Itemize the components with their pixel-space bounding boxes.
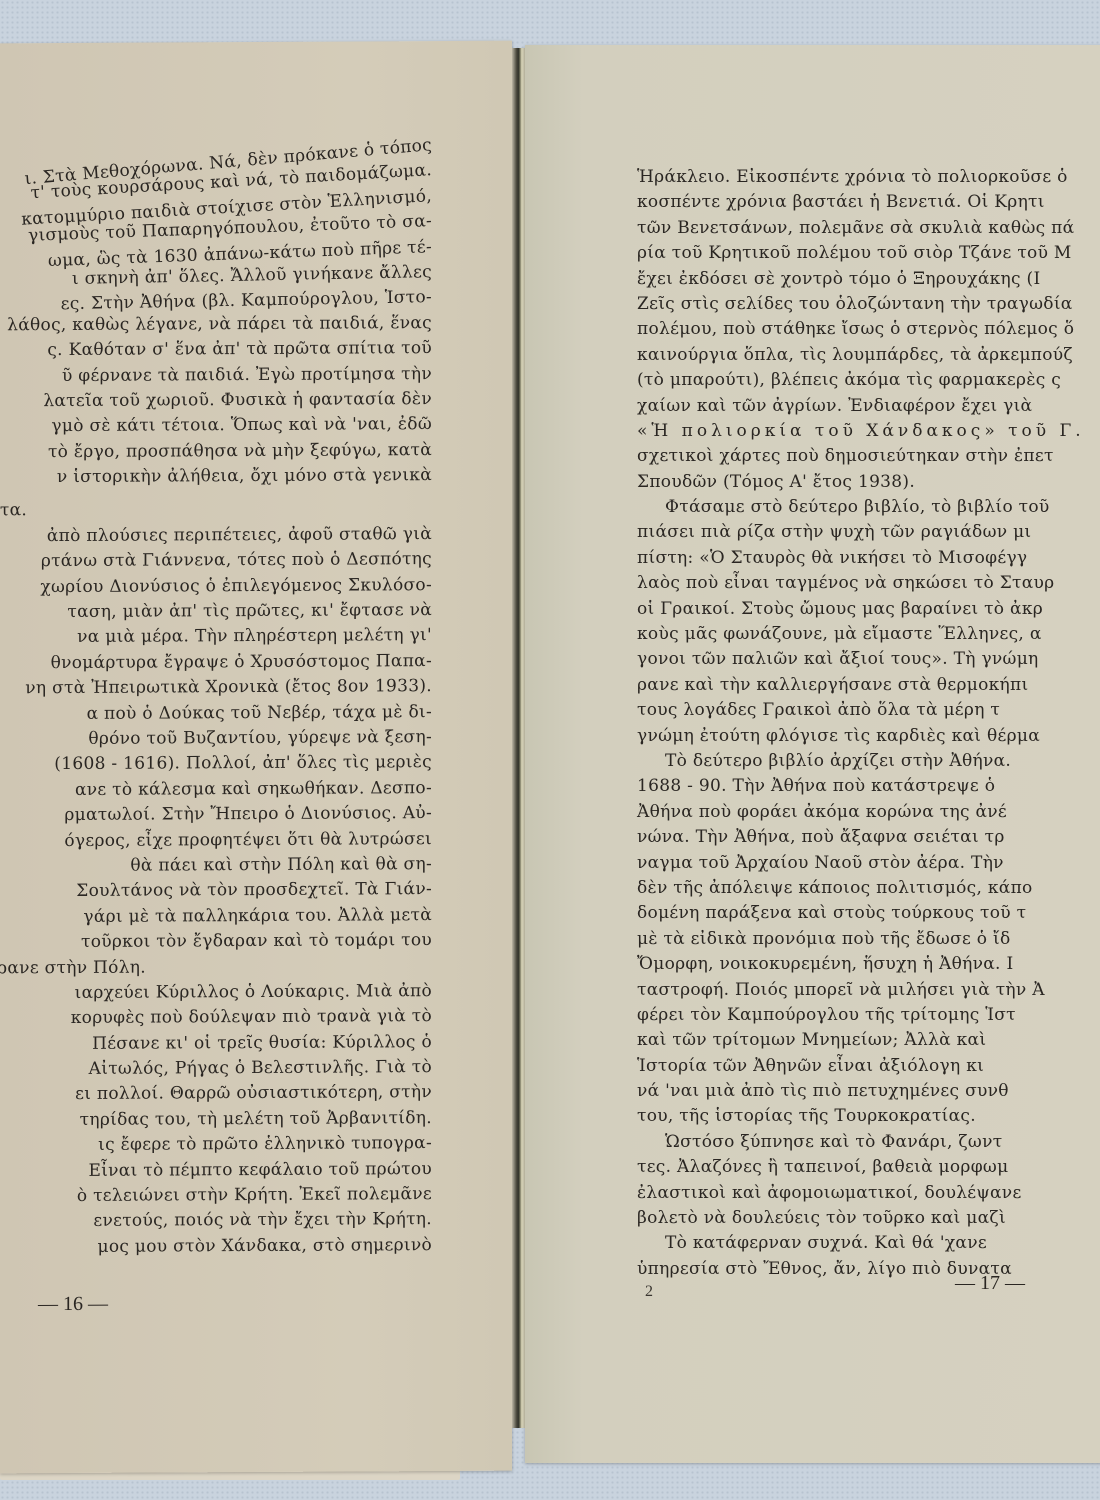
text-line: Ὄμορφη, νοικοκυρεμένη, ἥσυχη ἡ Ἀθήνα. Ι: [637, 952, 1100, 977]
text-line: μος μου στὸν Χάνδακα, στὸ σημερινὸ: [0, 1233, 432, 1261]
text-line: τῶν Βενετσάνων, πολεμᾶνε σὰ σκυλιὰ καθὼς…: [637, 216, 1100, 241]
text-line: τηρίδας του, τὴ μελέτη τοῦ Ἀρβανιτίδη.: [0, 1106, 432, 1134]
text-line: ῦ φέρνανε τὰ παιδιά. Ἐγὼ προτίμησα τὴν: [0, 362, 432, 390]
text-line: τους λογάδες Γραικοὶ ἀπὸ ὅλα τὰ μέρη τ: [637, 698, 1100, 723]
text-line: στα.: [0, 497, 432, 525]
text-line-paragraph-start: Ὡστόσο ξύπνησε καὶ τὸ Φανάρι, ζωντ: [637, 1130, 1100, 1155]
text-line: θρόνο τοῦ Βυζαντίου, γύρεψε νὰ ξεση-: [0, 725, 432, 753]
text-line: πίστη: «Ὁ Σταυρὸς θὰ νικήσει τὸ Μισοφέγγ: [637, 546, 1100, 571]
text-line: να μιὰ μέρα. Τὴν πληρέστερη μελέτη γι': [0, 624, 432, 652]
text-line: γμὸ σὲ κάτι τέτοια. Ὅπως καὶ νὰ 'ναι, ἐδ…: [0, 412, 432, 440]
text-line: ἔχει ἐκδόσει σὲ χοντρὸ τόμο ὁ Ξηρουχάκης…: [637, 267, 1100, 292]
text-line: όγερος, εἶχε προφητέψει ὅτι θὰ λυτρώσει: [0, 827, 432, 855]
text-line: ρματωλοί. Στὴν Ἤπειρο ὁ Διονύσιος. Αὐ-: [0, 801, 432, 829]
text-line: (1608 - 1616). Πολλοί, ἀπ' ὅλες τὶς μερι…: [0, 750, 432, 778]
text-line: γονοι τῶν παλιῶν καὶ ἄξιοί τους». Τὴ γνώ…: [637, 647, 1100, 672]
text-line: νη στὰ Ἠπειρωτικὰ Χρονικὰ (ἔτος 8ον 1933…: [0, 674, 432, 702]
text-line: ις ἔφερε τὸ πρῶτο ἑλληνικὸ τυπογρα-: [0, 1131, 432, 1159]
text-line: κοὺς μᾶς φωνάζουνε, μὰ εἴμαστε Ἕλληνες, …: [637, 622, 1100, 647]
text-line: νά 'ναι μιὰ ἀπὸ τὶς πιὸ πετυχημένες συνθ: [637, 1079, 1100, 1104]
right-page: Ἡράκλειο. Εἰκοσπέντε χρόνια τὸ πολιορκοῦ…: [525, 45, 1100, 1463]
text-line: Σπουδῶν (Τόμος Α' ἔτος 1938).: [637, 470, 1100, 495]
text-line: πιάσει πιὰ ρίζα στὴν ψυχὴ τῶν ραγιάδων μ…: [637, 520, 1100, 545]
text-line-paragraph-start: Τὸ κατάφερναν συχνά. Καὶ θά 'χανε: [637, 1231, 1100, 1256]
text-line: χωρίου Διονύσιος ὁ ἐπιλεγόμενος Σκυλόσο-: [0, 573, 432, 601]
text-line: νώνα. Τὴν Ἀθήνα, ποὺ ἄξαφνα σειέται τρ: [637, 825, 1100, 850]
text-line: ταση, μιὰν ἀπ' τὶς πρῶτες, κι' ἔφτασε νὰ: [0, 598, 432, 626]
text-line: Εἶναι τὸ πέμπτο κεφάλαιο τοῦ πρώτου: [0, 1157, 432, 1185]
text-line: φέρει τὸν Καμπούρογλου τῆς τρίτομης Ἱστ: [637, 1003, 1100, 1028]
text-line: κοσπέντε χρόνια βαστάει ἡ Βενετιά. Οἱ Κρ…: [637, 190, 1100, 215]
printer-signature-mark: 2: [645, 1283, 653, 1301]
text-line: βολετὸ νὰ δουλεύεις τὸν τοῦρκο καὶ μαζὶ: [637, 1206, 1100, 1231]
text-line: ενετούς, ποιός νὰ τὴν ἔχει τὴν Κρήτη.: [0, 1207, 432, 1235]
text-line: ν ἱστορικὴν ἀλήθεια, ὄχι μόνο στὰ γενικὰ: [0, 463, 432, 491]
text-line: του, τῆς ἱστορίας τῆς Τουρκοκρατίας.: [637, 1104, 1100, 1129]
text-line: ἐλαστικοὶ καὶ ἀφομοιωματικοί, δουλέψανε: [637, 1181, 1100, 1206]
text-line: θνομάρτυρα ἔγραψε ὁ Χρυσόστομος Παπα-: [0, 649, 432, 677]
text-line: μὲ τὰ εἰδικὰ προνόμια ποὺ τῆς ἔδωσε ὁ ἴδ: [637, 927, 1100, 952]
text-line: οἱ Γραικοί. Στοὺς ὤμους μας βαραίνει τὸ …: [637, 597, 1100, 622]
left-page: ι. Στὰ Μεθοχόρωνα. Νά, δὲν πρόκανε ὁ τόπ…: [0, 41, 512, 1474]
text-line: χαίων καὶ τῶν ἀγρίων. Ἐνδιαφέρον ἔχει γι…: [637, 394, 1100, 419]
text-line: ταστροφή. Ποιός μπορεῖ νὰ μιλήσει γιὰ τὴ…: [637, 978, 1100, 1003]
text-line: έρανε στὴν Πόλη.: [0, 954, 432, 982]
text-line: σχετικοὶ χάρτες ποὺ δημοσιεύτηκαν στὴν ἐ…: [637, 444, 1100, 469]
text-line: Ἀθήνα ποὺ φοράει ἀκόμα κορώνα της ἀνέ: [637, 800, 1100, 825]
text-line: ἀπὸ πλούσιες περιπέτειες, ἀφοῦ σταθῶ γιὰ: [0, 522, 432, 550]
left-page-text-column: ι. Στὰ Μεθοχόρωνα. Νά, δὲν πρόκανε ὁ τόπ…: [0, 133, 432, 1260]
text-line: Ζεῖς στὶς σελίδες του ὁλοζώντανη τὴν τρα…: [637, 292, 1100, 317]
text-line: ρανε καὶ τὴν καλλιεργήσανε στὰ θερμοκήπι: [637, 673, 1100, 698]
page-number-right: — 17 —: [955, 1272, 1025, 1295]
text-line: ὸ τελειώνει στὴν Κρήτη. Ἐκεῖ πολεμᾶνε: [0, 1182, 432, 1210]
text-line: ναγμα τοῦ Ἀρχαίου Ναοῦ στὸν ἀέρα. Τὴν: [637, 851, 1100, 876]
text-line: δὲν τῆς ἀπόλειψε κάποιος πολιτισμός, κάπ…: [637, 876, 1100, 901]
text-line: ς. Καθόταν σ' ἕνα ἀπ' τὰ πρῶτα σπίτια το…: [0, 336, 432, 364]
text-line: λαὸς ποὺ εἶναι ταγμένος νὰ σηκώσει τὸ Στ…: [637, 571, 1100, 596]
text-line: (τὸ μπαρούτι), βλέπεις ἀκόμα τὶς φαρμακε…: [637, 368, 1100, 393]
text-line: Σουλτάνος νὰ τὸν προσδεχτεῖ. Τὰ Γιάν-: [0, 877, 432, 905]
text-line: πολέμου, ποὺ στάθηκε ἴσως ὁ στερνὸς πόλε…: [637, 317, 1100, 342]
text-line-paragraph-start: Φτάσαμε στὸ δεύτερο βιβλίο, τὸ βιβλίο το…: [637, 495, 1100, 520]
text-line: ιαρχεύει Κύριλλος ὁ Λούκαρις. Μιὰ ἀπὸ: [0, 979, 432, 1007]
text-line: Ἱστορία τῶν Ἀθηνῶν εἶναι ἀξιόλογη κι: [637, 1054, 1100, 1079]
text-line: Αἰτωλός, Ρήγας ὁ Βελεστινλῆς. Γιὰ τὸ: [0, 1055, 432, 1083]
right-page-text-column: Ἡράκλειο. Εἰκοσπέντε χρόνια τὸ πολιορκοῦ…: [637, 165, 1100, 1282]
text-line: 1688 - 90. Τὴν Ἀθήνα ποὺ κατάστρεψε ὁ: [637, 774, 1100, 799]
text-line: τες. Ἀλαζόνες ἢ ταπεινοί, βαθειὰ μορφωμ: [637, 1155, 1100, 1180]
text-line: ει πολλοί. Θαρρῶ οὐσιαστικότερη, στὴν: [0, 1081, 432, 1109]
text-line: τὸ ἔργο, προσπάθησα νὰ μὴν ξεφύγω, κατὰ: [0, 438, 432, 466]
text-line: α ποὺ ὁ Δούκας τοῦ Νεβέρ, τάχα μὲ δι-: [0, 700, 432, 728]
text-line: Πέσανε κι' οἱ τρεῖς θυσία: Κύριλλος ὁ: [0, 1030, 432, 1058]
book-spine-gutter: [512, 48, 525, 1428]
text-line: ρία τοῦ Κρητικοῦ πολέμου τοῦ σιὸρ Τζάνε …: [637, 241, 1100, 266]
text-line: Ἡράκλειο. Εἰκοσπέντε χρόνια τὸ πολιορκοῦ…: [637, 165, 1100, 190]
text-line-paragraph-start: Τὸ δεύτερο βιβλίο ἀρχίζει στὴν Ἀθήνα.: [637, 749, 1100, 774]
page-number-left: — 16 —: [38, 1293, 108, 1316]
text-line: λατεῖα τοῦ χωριοῦ. Φυσικὰ ἡ φαντασία δὲν: [0, 387, 432, 415]
text-line: ὑπηρεσία στὸ Ἔθνος, ἄν, λίγο πιὸ δυνατα: [637, 1257, 1100, 1282]
text-line: καὶ τῶν τρίτομων Μνημείων; Ἀλλὰ καὶ: [637, 1028, 1100, 1053]
text-line: θὰ πάει καὶ στὴν Πόλη καὶ θὰ ση-: [0, 852, 432, 880]
text-line: δομένη παράξενα καὶ στοὺς τούρκους τοῦ τ: [637, 901, 1100, 926]
text-line: γνώμη ἐτούτη φλόγισε τὶς καρδιὲς καὶ θέρ…: [637, 724, 1100, 749]
text-line: ανε τὸ κάλεσμα καὶ σηκωθήκαν. Δεσπο-: [0, 776, 432, 804]
text-line: τοῦρκοι τὸν ἔγδαραν καὶ τὸ τομάρι του: [0, 928, 432, 956]
text-line: γάρι μὲ τὰ παλληκάρια του. Ἀλλὰ μετὰ: [0, 903, 432, 931]
text-line-spaced-title: «Ἡ πολιορκία τοῦ Χάνδακος» τοῦ Γ.: [637, 419, 1100, 444]
text-line: καινούργια ὅπλα, τὶς λουμπάρδες, τὰ ἀρκε…: [637, 343, 1100, 368]
text-line: κορυφὲς ποὺ δούλεψαν πιὸ τρανὰ γιὰ τὸ: [0, 1004, 432, 1032]
text-line: ρτάνω στὰ Γιάννενα, τότες ποὺ ὁ Δεσπότης: [0, 547, 432, 575]
